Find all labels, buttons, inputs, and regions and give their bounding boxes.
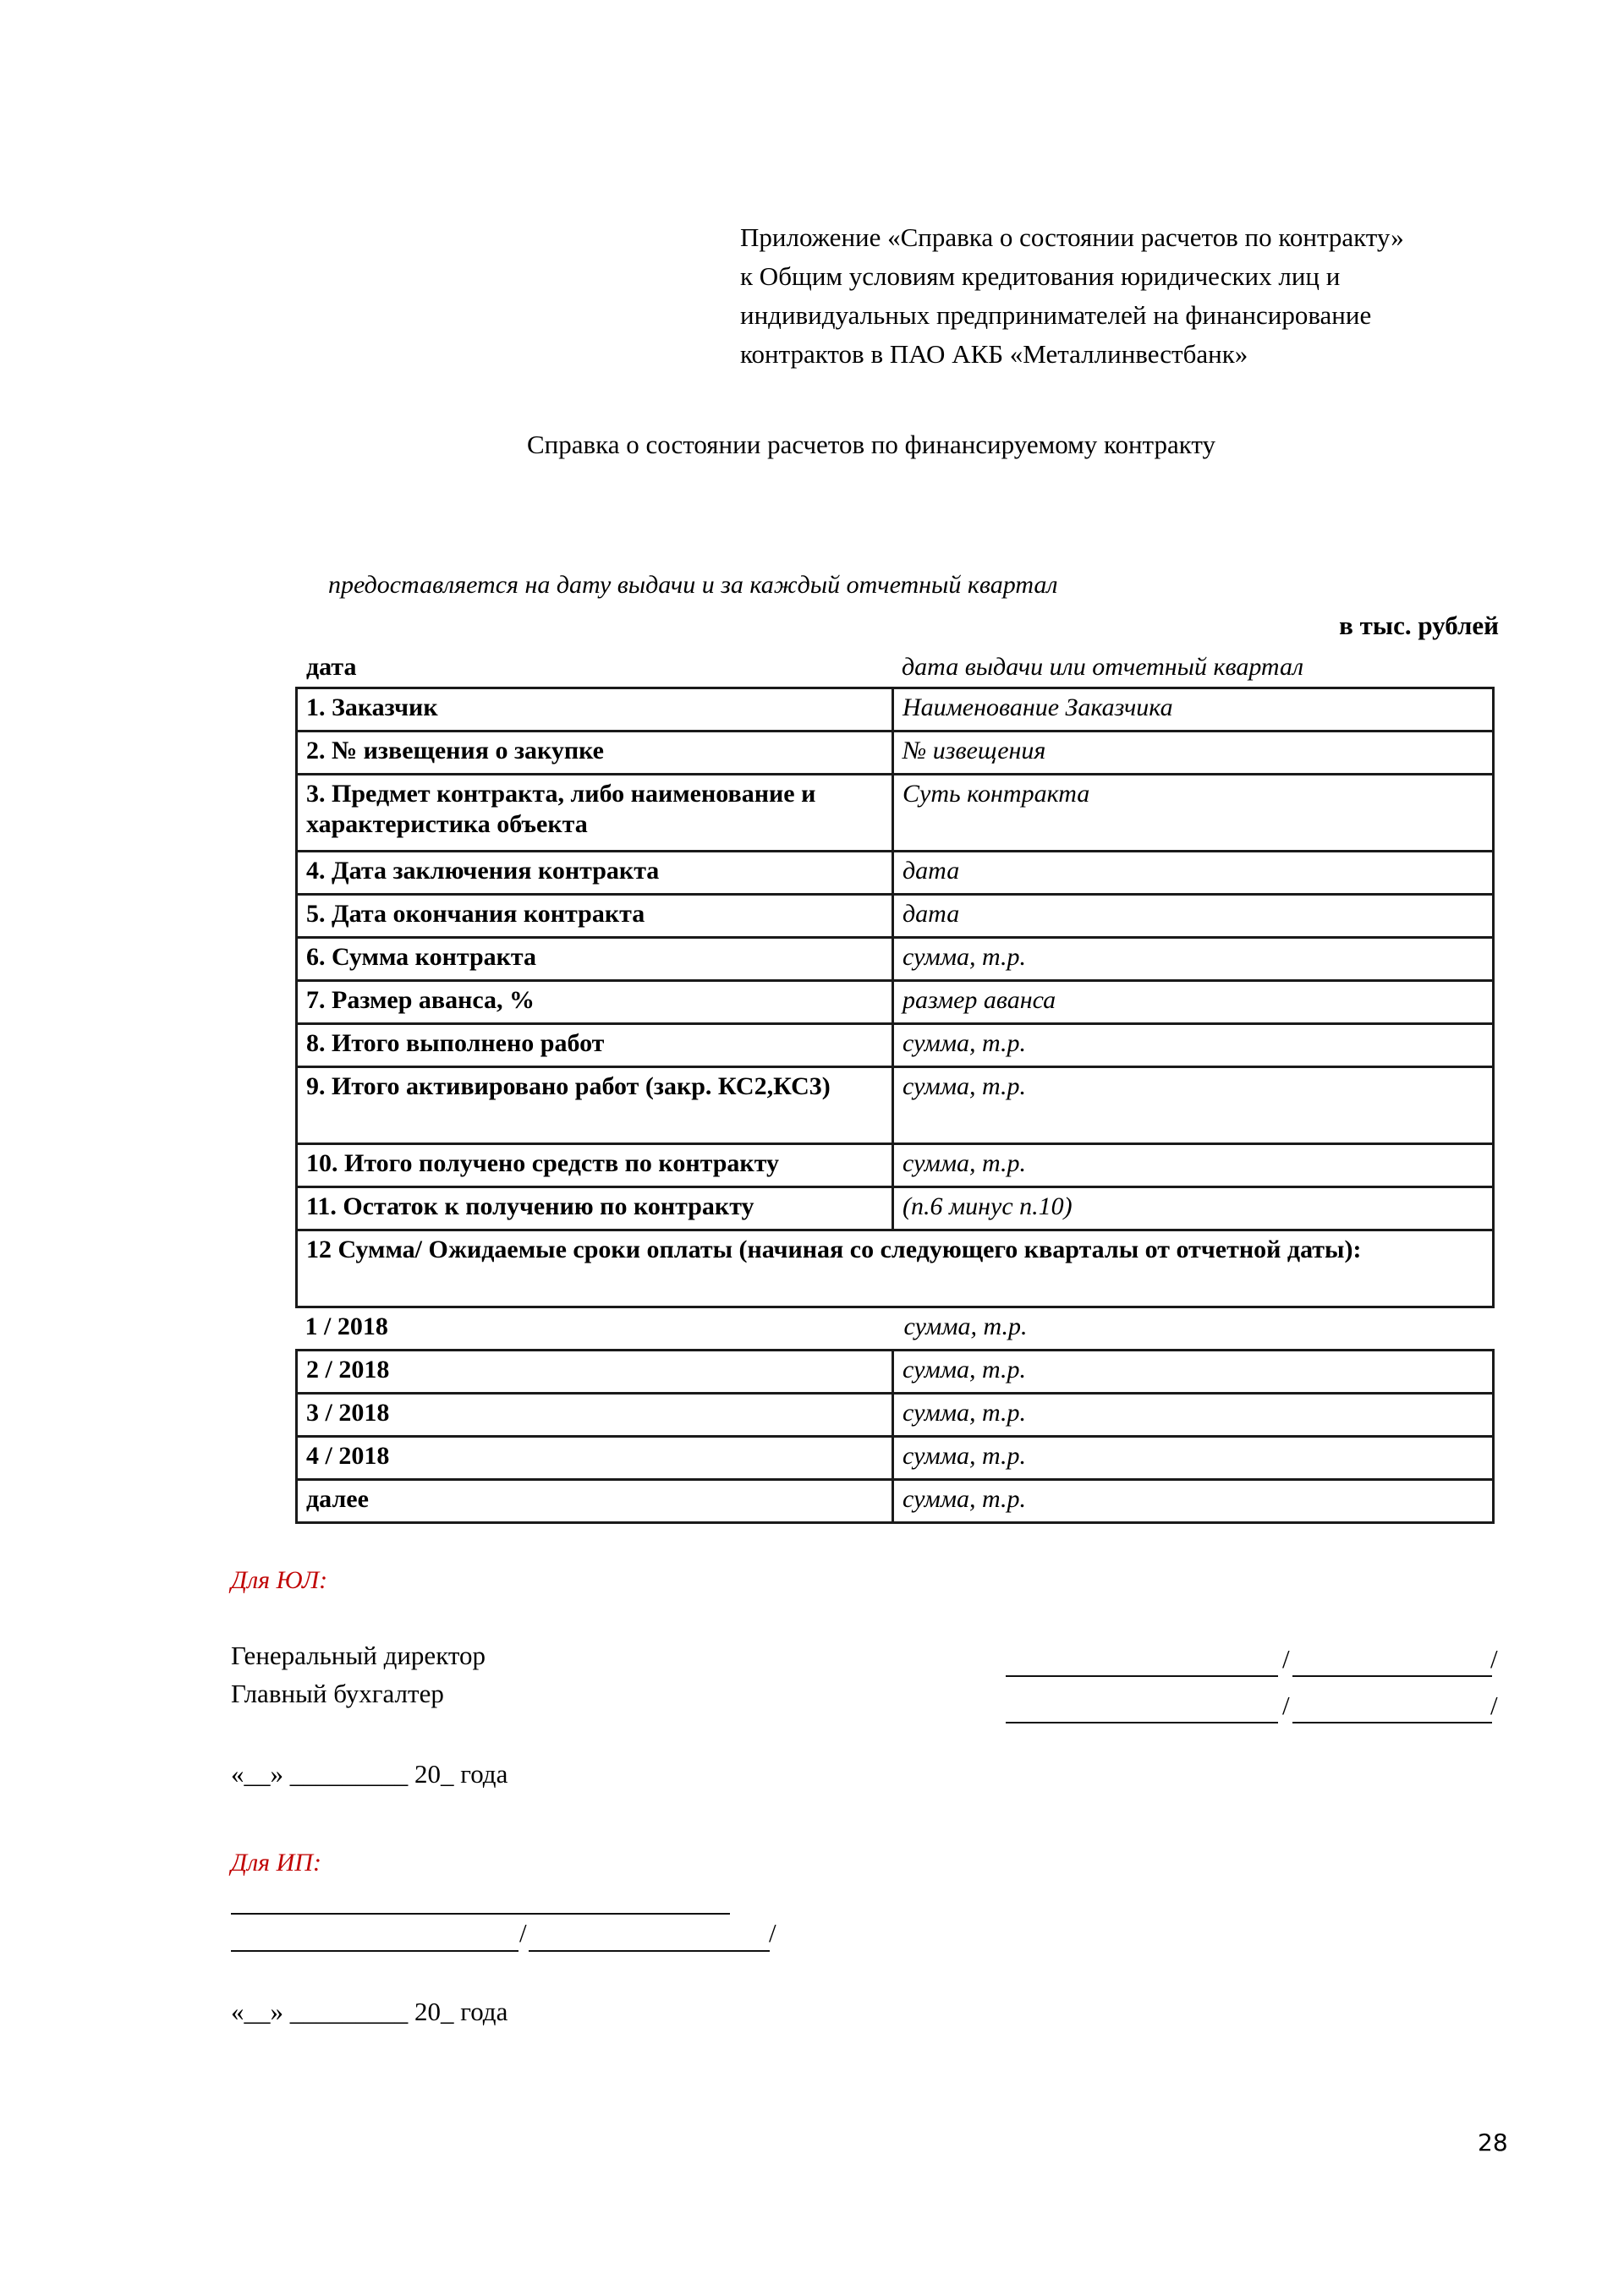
separator-slash: / <box>1282 1644 1290 1674</box>
separator-slash: / <box>519 1918 527 1948</box>
table-row: 7. Размер аванса, % размер аванса <box>297 981 1494 1024</box>
row-label: 11. Остаток к получению по контракту <box>297 1187 893 1230</box>
director-name-line[interactable] <box>1292 1675 1492 1677</box>
director-signature-line[interactable] <box>1006 1675 1278 1677</box>
quarter-value: сумма, т.р. <box>893 1394 1494 1437</box>
quarter-value: сумма, т.р. <box>893 1351 1494 1394</box>
table-row: 8. Итого выполнено работ сумма, т.р. <box>297 1024 1494 1067</box>
table-row: 9. Итого активировано работ (закр. КС2,К… <box>297 1067 1494 1144</box>
row-value: сумма, т.р. <box>893 938 1494 981</box>
signer-accountant: Главный бухгалтер <box>231 1679 444 1709</box>
table-row: 10. Итого получено средств по контракту … <box>297 1144 1494 1187</box>
reporting-note: предоставляется на дату выдачи и за кажд… <box>328 571 1057 600</box>
date-label: дата <box>306 653 357 682</box>
row-label: 10. Итого получено средств по контракту <box>297 1144 893 1187</box>
accountant-name-line[interactable] <box>1292 1722 1492 1723</box>
entrepreneur-initials-line[interactable] <box>529 1950 770 1952</box>
row-value: дата <box>893 852 1494 895</box>
table-row: 6. Сумма контракта сумма, т.р. <box>297 938 1494 981</box>
table-row: 11. Остаток к получению по контракту (п.… <box>297 1187 1494 1230</box>
settlement-table: 1. Заказчик Наименование Заказчика 2. № … <box>295 687 1495 1524</box>
row-value: Наименование Заказчика <box>893 688 1494 732</box>
row-label: 4. Дата заключения контракта <box>297 852 893 895</box>
quarter-row: 1 / 2018 сумма, т.р. <box>297 1307 1494 1351</box>
row-value: сумма, т.р. <box>893 1067 1494 1144</box>
accountant-signature-line[interactable] <box>1006 1722 1278 1723</box>
row-value: Суть контракта <box>893 775 1494 852</box>
separator-slash: / <box>1282 1690 1290 1721</box>
document-title: Справка о состоянии расчетов по финансир… <box>0 430 1624 460</box>
quarter-label: 3 / 2018 <box>297 1394 893 1437</box>
row-value: сумма, т.р. <box>893 1024 1494 1067</box>
row-label: 8. Итого выполнено работ <box>297 1024 893 1067</box>
entrepreneur-date-line[interactable]: «__» _________ 20_ года <box>231 1997 507 2027</box>
table-row: 3. Предмет контракта, либо наименование … <box>297 775 1494 852</box>
quarter-value: сумма, т.р. <box>893 1480 1494 1523</box>
quarter-row: 4 / 2018 сумма, т.р. <box>297 1437 1494 1480</box>
quarter-row: далее сумма, т.р. <box>297 1480 1494 1523</box>
page-number: 28 <box>1478 2129 1508 2156</box>
signer-director: Генеральный директор <box>231 1641 486 1671</box>
quarter-value: сумма, т.р. <box>893 1437 1494 1480</box>
quarter-row: 3 / 2018 сумма, т.р. <box>297 1394 1494 1437</box>
separator-slash: / <box>769 1918 776 1948</box>
header-line: к Общим условиям кредитования юридически… <box>740 257 1404 296</box>
row-label: 3. Предмет контракта, либо наименование … <box>297 775 893 852</box>
separator-slash: / <box>1490 1690 1498 1721</box>
row-label: 2. № извещения о закупке <box>297 732 893 775</box>
date-value: дата выдачи или отчетный квартал <box>902 653 1303 682</box>
row-value: № извещения <box>893 732 1494 775</box>
quarter-row: 2 / 2018 сумма, т.р. <box>297 1351 1494 1394</box>
quarter-value: сумма, т.р. <box>893 1307 1494 1351</box>
legal-entity-date-line[interactable]: «__» _________ 20_ года <box>231 1759 507 1789</box>
row-label: 7. Размер аванса, % <box>297 981 893 1024</box>
table-row: 2. № извещения о закупке № извещения <box>297 732 1494 775</box>
row-value: дата <box>893 895 1494 938</box>
quarter-label: 4 / 2018 <box>297 1437 893 1480</box>
table-row: 5. Дата окончания контракта дата <box>297 895 1494 938</box>
separator-slash: / <box>1490 1644 1498 1674</box>
quarter-label: 1 / 2018 <box>297 1307 893 1351</box>
table-row: 4. Дата заключения контракта дата <box>297 852 1494 895</box>
section-12-label: 12 Сумма/ Ожидаемые сроки оплаты (начина… <box>297 1230 1494 1307</box>
section-12-row: 12 Сумма/ Ожидаемые сроки оплаты (начина… <box>297 1230 1494 1307</box>
table-row: 1. Заказчик Наименование Заказчика <box>297 688 1494 732</box>
quarter-label: далее <box>297 1480 893 1523</box>
quarter-label: 2 / 2018 <box>297 1351 893 1394</box>
row-value: (п.6 минус п.10) <box>893 1187 1494 1230</box>
row-label: 1. Заказчик <box>297 688 893 732</box>
row-value: размер аванса <box>893 981 1494 1024</box>
units-label: в тыс. рублей <box>1339 611 1499 641</box>
appendix-header: Приложение «Справка о состоянии расчетов… <box>740 218 1404 374</box>
header-line: индивидуальных предпринимателей на финан… <box>740 296 1404 335</box>
legal-entity-heading: Для ЮЛ: <box>231 1566 327 1595</box>
header-line: Приложение «Справка о состоянии расчетов… <box>740 218 1404 257</box>
entrepreneur-heading: Для ИП: <box>231 1849 321 1877</box>
entrepreneur-signature-line[interactable] <box>231 1950 518 1952</box>
entrepreneur-name-line[interactable] <box>231 1913 730 1915</box>
header-line: контрактов в ПАО АКБ «Металлинвестбанк» <box>740 335 1404 374</box>
row-label: 9. Итого активировано работ (закр. КС2,К… <box>297 1067 893 1144</box>
row-label: 5. Дата окончания контракта <box>297 895 893 938</box>
row-label: 6. Сумма контракта <box>297 938 893 981</box>
row-value: сумма, т.р. <box>893 1144 1494 1187</box>
